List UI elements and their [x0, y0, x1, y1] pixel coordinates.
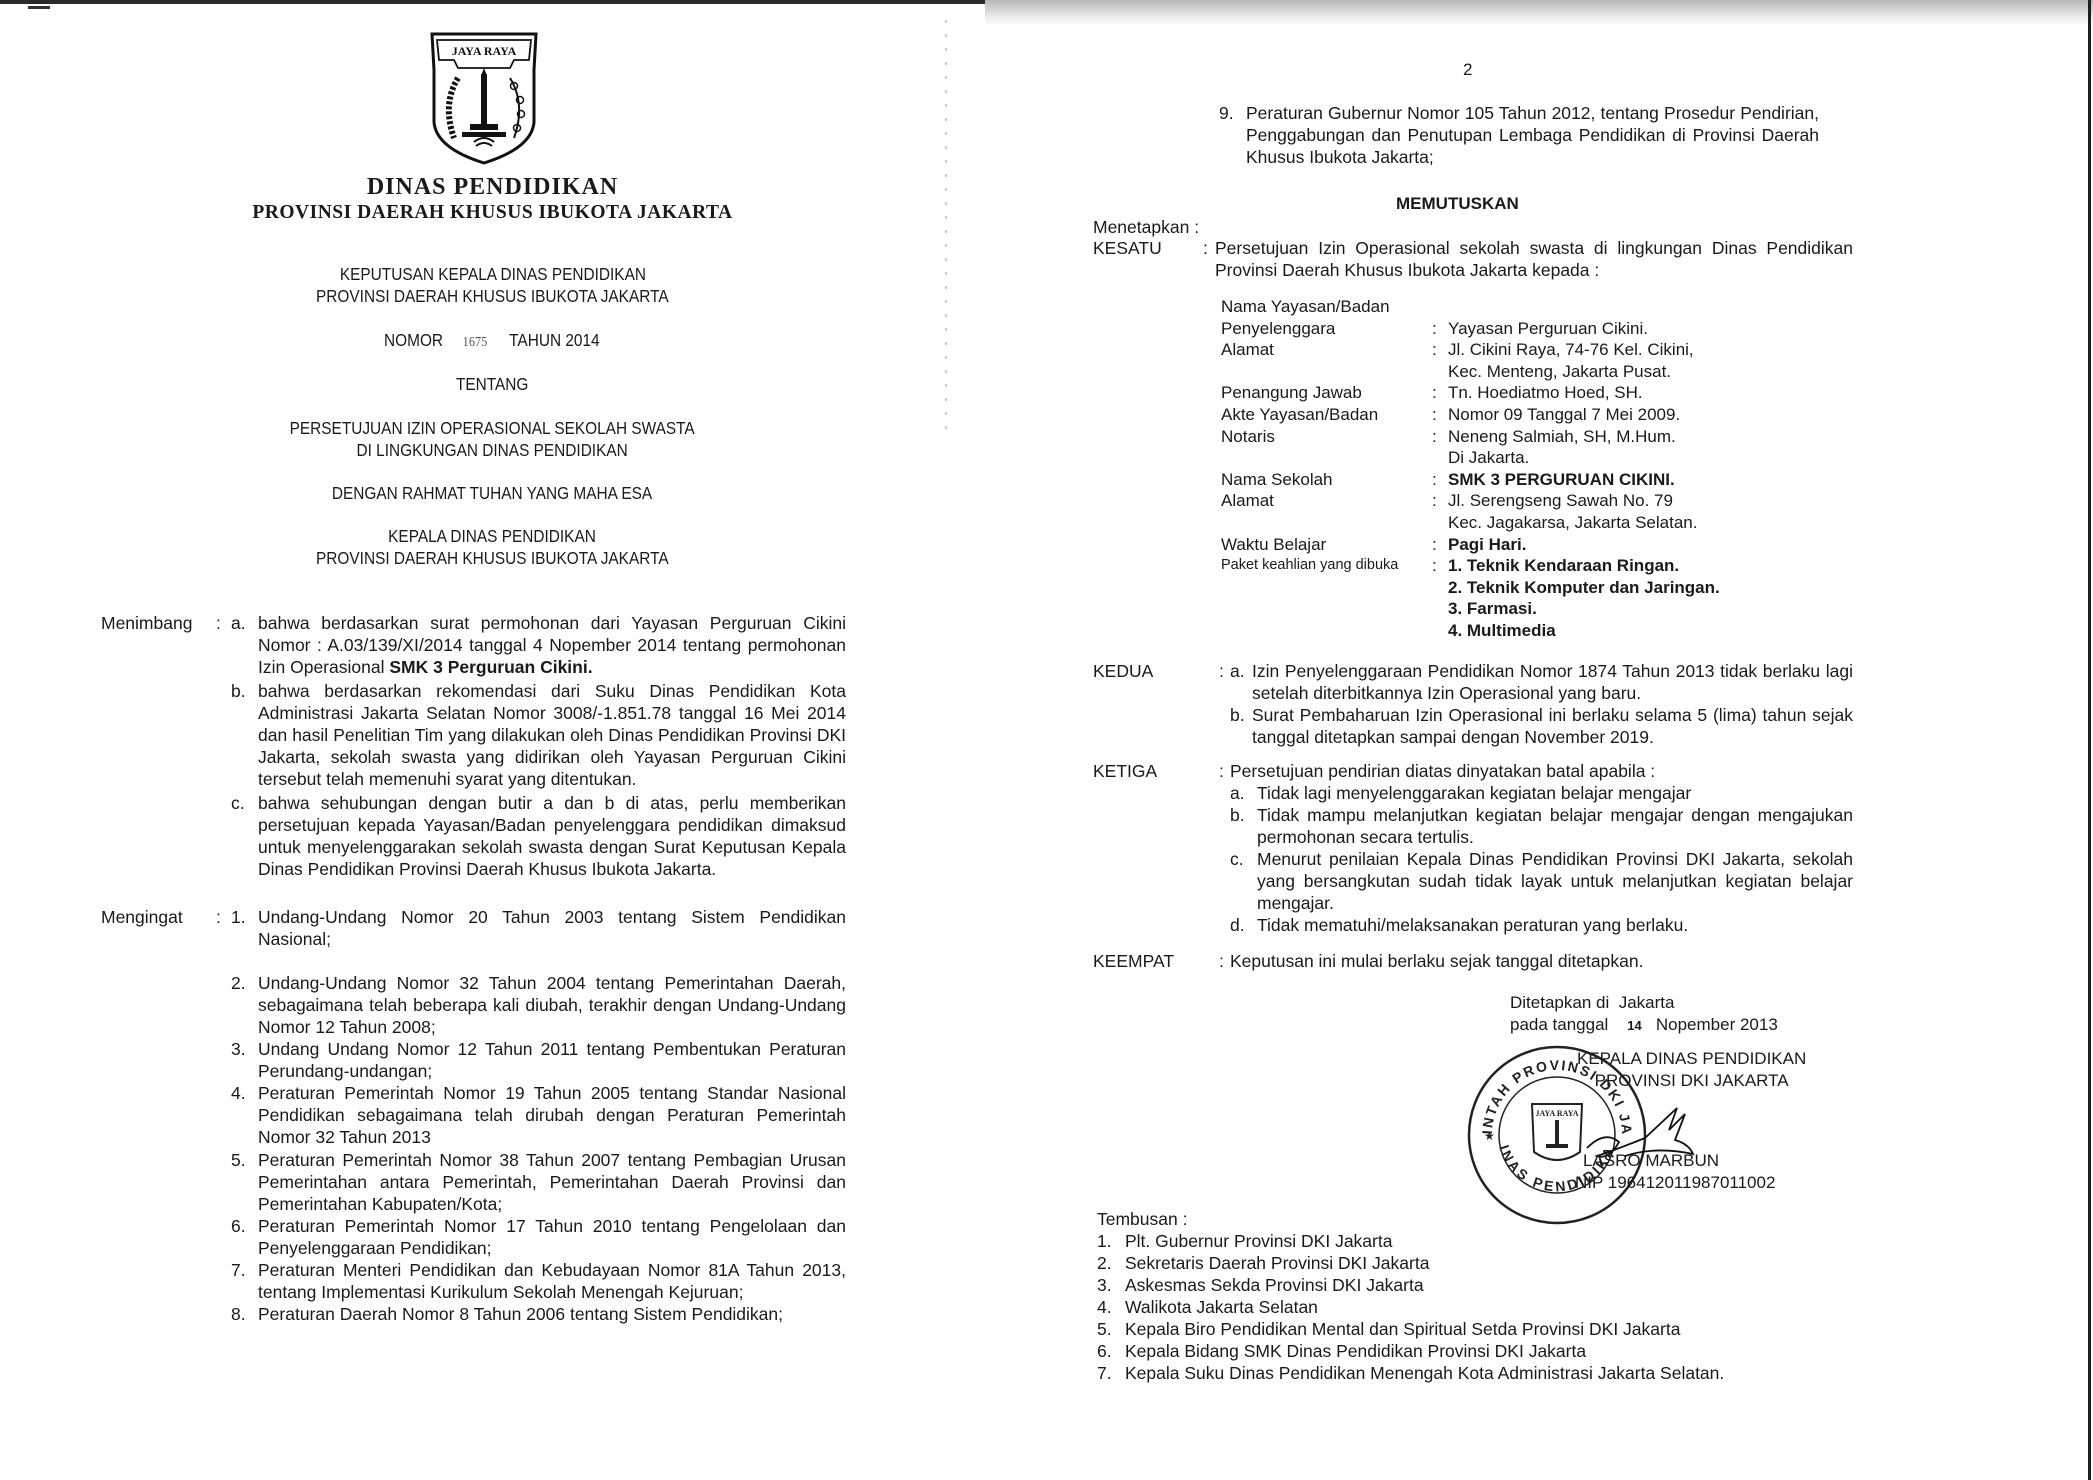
svg-text:JAYA RAYA: JAYA RAYA — [1535, 1109, 1578, 1118]
signatory-details: LASRO MARBUN NIP 196412011987011002 — [1575, 1150, 1775, 1194]
colon: : — [1203, 237, 1208, 259]
handwritten-day: 14 — [1627, 1018, 1641, 1033]
decree-subject-line1: PERSETUJUAN IZIN OPERASIONAL SEKOLAH SWA… — [0, 418, 985, 439]
memutuskan-heading: MEMUTUSKAN — [1396, 194, 1519, 214]
svg-text:★: ★ — [1484, 1129, 1495, 1143]
section-label: KETIGA — [1093, 760, 1157, 782]
agency-province: PROVINSI DAERAH KHUSUS IBUKOTA JAKARTA — [0, 202, 985, 224]
signature-place-date: Ditetapkan di Jakarta pada tanggal 14 No… — [1510, 992, 1778, 1037]
scan-border — [2088, 0, 2091, 1480]
section-label: KESATU — [1093, 237, 1162, 259]
jakarta-coat-of-arms-icon: JAYA RAYA — [428, 30, 540, 166]
decree-subject-line2: DI LINGKUNGAN DINAS PENDIDIKAN — [0, 440, 985, 461]
signatory-nip: NIP 196412011987011002 — [1575, 1172, 1775, 1194]
section-label: Mengingat — [101, 906, 183, 928]
decree-number: NOMOR1675TAHUN 2014 — [0, 330, 985, 351]
scan-shadow — [985, 0, 2093, 26]
agency-name: DINAS PENDIDIKAN — [0, 174, 985, 201]
document-page-2: 2 9. Peraturan Gubernur Nomor 105 Tahun … — [985, 0, 2093, 1480]
scan-mark — [28, 6, 50, 9]
invocation: DENGAN RAHMAT TUHAN YANG MAHA ESA — [0, 483, 985, 504]
colon: : — [216, 612, 221, 634]
colon: : — [1219, 660, 1224, 682]
section-label: KEDUA — [1093, 660, 1153, 682]
signatory-name: LASRO MARBUN — [1575, 1150, 1775, 1172]
decree-title-line1: KEPUTUSAN KEPALA DINAS PENDIDIKAN — [0, 264, 985, 285]
decree-title-line2: PROVINSI DAERAH KHUSUS IBUKOTA JAKARTA — [0, 286, 985, 307]
colon: : — [1219, 760, 1224, 782]
official-title-line1: KEPALA DINAS PENDIDIKAN — [0, 526, 985, 547]
handwritten-number: 1675 — [462, 335, 487, 351]
colon: : — [216, 906, 221, 928]
svg-text:JAYA RAYA: JAYA RAYA — [452, 44, 517, 58]
section-label: Menimbang — [101, 612, 192, 634]
document-page-1: JAYA RAYA DINAS PENDIDIKAN PROVINSI DAER… — [0, 0, 985, 1480]
colon: : — [1219, 950, 1224, 972]
scan-border — [0, 0, 985, 4]
tentang-label: TENTANG — [0, 374, 985, 395]
page-number: 2 — [1463, 60, 1472, 80]
section-label: KEEMPAT — [1093, 950, 1174, 972]
official-title-line2: PROVINSI DAERAH KHUSUS IBUKOTA JAKARTA — [0, 548, 985, 569]
